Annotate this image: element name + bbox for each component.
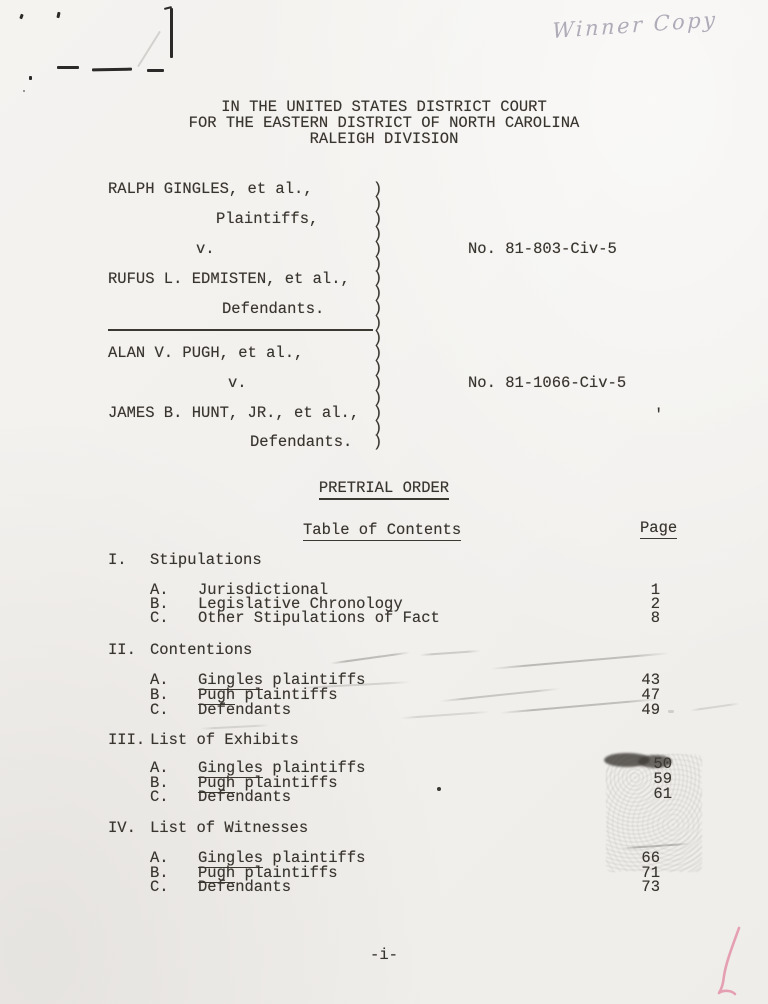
stray-apostrophe-mark: ' [654, 408, 663, 423]
toc-item-label: Defendants [198, 790, 291, 805]
artifact-dash-3 [147, 69, 164, 72]
footer-page-number: -i- [0, 948, 768, 963]
court-header-line3: RALEIGH DIVISION [0, 132, 768, 147]
artifact-dot-2 [23, 90, 25, 92]
ink-smudge-blob [638, 755, 672, 768]
toc-item-label: Other Stipulations of Fact [198, 611, 440, 626]
artifact-dot-1 [29, 76, 32, 80]
court-header-line2: FOR THE EASTERN DISTRICT OF NORTH CAROLI… [0, 116, 768, 131]
toc-item-label: Defendants [198, 703, 291, 718]
case1-versus: v. [196, 242, 215, 257]
toc-item-page: 1 [580, 583, 660, 598]
toc-section-label: List of Witnesses [150, 821, 308, 836]
artifact-tick-2 [56, 12, 60, 18]
smudge-streak [440, 688, 560, 703]
toc-section-label: Contentions [150, 643, 252, 658]
smudge-streak [400, 711, 490, 719]
document-title-text: PRETRIAL ORDER [319, 479, 449, 500]
scanned-document-page: Winner Copy IN THE UNITED STATES DISTRIC… [0, 0, 768, 1004]
case2-plaintiff-party: ALAN V. PUGH, et al., [108, 346, 303, 361]
case1-number: No. 81-803-Civ-5 [468, 242, 617, 257]
toc-item-page: 8 [580, 611, 660, 626]
toc-item-page: 73 [580, 880, 660, 895]
toc-section-numeral: IV. [108, 821, 136, 836]
case1-plaintiff-role: Plaintiffs, [216, 212, 318, 227]
toc-heading: Table of Contents [303, 523, 461, 538]
toc-section-label: Stipulations [150, 553, 262, 568]
case2-number: No. 81-1066-Civ-5 [468, 376, 626, 391]
toc-item-label: Defendants [198, 880, 291, 895]
toc-section-numeral: II. [108, 643, 136, 658]
toc-item-letter: C. [150, 880, 169, 895]
toc-section-label: List of Exhibits [150, 733, 299, 748]
toc-item-letter: C. [150, 703, 169, 718]
toc-section-numeral: III. [108, 733, 145, 748]
pink-pen-mark [704, 924, 764, 1002]
smudge-dot [437, 787, 441, 791]
toc-item-letter: C. [150, 611, 169, 626]
smudge-streak [200, 724, 270, 730]
ink-smudge-field [606, 754, 702, 872]
caption-separator-rule [108, 329, 373, 331]
document-title: PRETRIAL ORDER [0, 481, 768, 496]
toc-item-letter: C. [150, 790, 169, 805]
court-header-line1: IN THE UNITED STATES DISTRICT COURT [0, 100, 768, 115]
smudge-streak [490, 652, 669, 670]
case2-defendant-role: Defendants. [250, 435, 352, 450]
case1-defendant-role: Defendants. [222, 302, 324, 317]
case1-defendant-party: RUFUS L. EDMISTEN, et al., [108, 272, 350, 287]
artifact-dash-1 [57, 66, 79, 69]
smudge-streak [690, 703, 740, 712]
artifact-scratch [137, 31, 161, 68]
case1-plaintiff-party: RALPH GINGLES, et al., [108, 182, 313, 197]
smudge-streak [420, 650, 480, 656]
artifact-tick-1 [19, 14, 24, 20]
case2-defendant-party: JAMES B. HUNT, JR., et al., [108, 406, 359, 421]
smudge-streak [330, 651, 409, 664]
smudge-dot [668, 710, 674, 713]
artifact-bracket-line [170, 8, 173, 58]
toc-section-numeral: I. [108, 553, 127, 568]
artifact-dash-2 [92, 68, 132, 72]
case2-versus: v. [228, 376, 247, 391]
toc-item-page: 2 [580, 597, 660, 612]
handwritten-note: Winner Copy [552, 5, 752, 43]
caption-paren-column: ) ) ) ) ) ) ) ) ) ) ) ) ) ) ) ) ) ) [373, 182, 382, 450]
toc-page-column-header: Page [640, 521, 677, 536]
